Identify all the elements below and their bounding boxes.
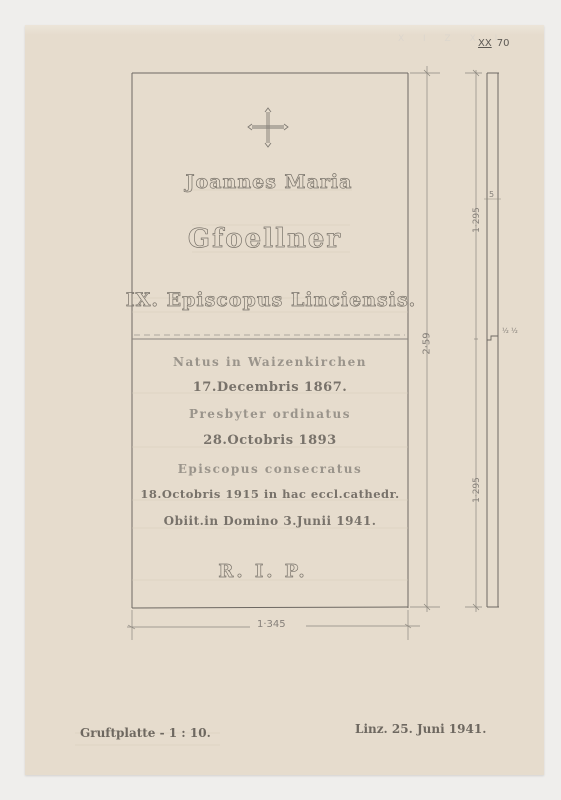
inscription-line-6: 18.Octobris 1915 in hac eccl.cathedr. [140,487,399,501]
drawing-label: Gruftplatte - 1 : 10. [80,726,211,740]
technical-drawing [0,0,561,800]
width-dimension-label: 1·345 [257,619,286,630]
joint-dimension-label: ½ ½ [502,327,518,335]
inscription-line-5: Episcopus consecratus [178,462,363,476]
sheet-number: XX70 [478,38,509,49]
lower-half-dimension-label: 1·295 [472,477,482,503]
sheet-number-roman: XX [478,38,492,49]
inscription-line-1: Natus in Waizenkirchen [173,355,367,369]
inscription-line-3: Presbyter ordinatus [189,407,351,421]
rip-line: R. I. P. [218,561,307,582]
name-line-1: Joannes Maria [186,171,353,193]
surname: Gfoellner [188,224,342,254]
upper-half-dimension-label: 1·295 [472,207,482,233]
title-line: IX. Episcopus Linciensis. [126,289,417,311]
half-height-dimension-line [465,70,482,612]
cross-icon [248,108,288,147]
inscription-line-4: 28.Octobris 1893 [203,433,336,448]
thickness-dimension-label: 5 [489,190,494,199]
inscription-line-7: Obiit.in Domino 3.Junii 1941. [164,514,377,528]
height-dimension-label: 2·59 [422,332,433,354]
inscription-line-2: 17.Decembris 1867. [193,380,348,395]
place-date: Linz. 25. Juni 1941. [355,722,486,736]
sheet-number-arabic: 70 [497,38,510,49]
slab-side-view [487,73,499,607]
